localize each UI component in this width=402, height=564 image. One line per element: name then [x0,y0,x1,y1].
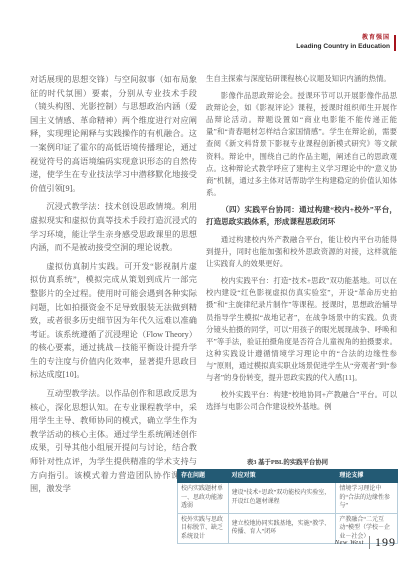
header-tag: 教育强国 Leading Country in Education [296,34,390,51]
header-divider-bar [394,35,396,51]
table-cell: 校外实践与思政目标脱节、缺乏系统设计 [178,513,229,544]
table-header-cell: 理论支撑 [336,470,398,483]
page-footer: New West 199 [335,535,396,550]
journal-page: 教育强国 Leading Country in Education 对话展现的思… [0,0,402,564]
body-paragraph: 校内实践平台：打造“技术+思政”双功能基地。可以在校内建设“红色影视虚拟仿真实验… [206,275,397,384]
right-column: 生自主探索与深度钻研课程核心议题及知识内涵的热情。 影像作品思政辩论会。授课环节… [206,73,397,453]
table-header-cell: 对应对策 [228,470,336,483]
table-cell: 建立校地协同实践基地，实施“教学、传播、育人”闭环 [228,513,336,544]
section-heading: （四）实践平台协同：通过构建“校内+校外”平台，打造思政实践体系，形成课程思政闭… [206,204,397,229]
header-tag-cn: 教育强国 [296,34,390,42]
body-paragraph: 沉浸式教学法：技术创设思政情境。利用虚拟现实和虚拟仿真等技术手段打造沉浸式的学习… [30,200,197,254]
header-tag-en: Leading Country in Education [296,42,390,51]
table-cell: 情境学习理论中的“合法的边缘性参与” [336,483,398,514]
body-paragraph: 校外实践平台：构建“校地协同+产教融合”平台。可以选择与电影公司合作建设校外基地… [206,389,397,413]
body-paragraph: 互动型教学法。以作品创作和思政反思为核心，深化思想认知。在专业课程教学中，采用学… [30,387,197,496]
table-header-row: 存在问题 对应对策 理论支撑 [178,470,398,483]
table-cell: 建设“技术+思政”双功能校内实验室，开设红色题材课程 [228,483,336,514]
body-paragraph: 影像作品思政辩论会。授课环节可以开展影像作品思政辩论会，如《影视评论》课程，授课… [206,90,397,199]
page-number: 199 [375,535,396,550]
table-header-cell: 存在问题 [178,470,229,483]
page-header: 教育强国 Leading Country in Education [296,34,396,51]
table-3-practice-platform: 表3 基于PBL的实践平台协同 存在问题 对应对策 理论支撑 校内实践题材单一、… [177,457,398,544]
journal-name: New West [335,539,364,546]
body-paragraph: 通过构建校内外产教融合平台，能让校内平台功能得到提升，同时也能加强和校外思政资源… [206,234,397,270]
body-paragraph: 对话展现的思想交锋）与空间叙事（如布局象征的时代氛围）要素，分别从专业技术手段（… [30,73,197,195]
table-caption: 表3 基于PBL的实践平台协同 [177,457,398,466]
data-table: 存在问题 对应对策 理论支撑 校内实践题材单一、思政功能渗透弱 建设“技术+思政… [177,469,398,544]
body-paragraph: 虚拟仿真制片实践。可开发“影视制片虚拟仿真系统”，模拟完成从策划到成片一部完整影… [30,260,197,382]
body-paragraph: 生自主探索与深度钻研课程核心议题及知识内涵的热情。 [206,73,397,85]
footer-divider-bar [369,536,370,549]
table-cell: 校内实践题材单一、思政功能渗透弱 [178,483,229,514]
left-column: 对话展现的思想交锋）与空间叙事（如布局象征的时代氛围）要素，分别从专业技术手段（… [30,73,197,527]
table-row: 校内实践题材单一、思政功能渗透弱 建设“技术+思政”双功能校内实验室，开设红色题… [178,483,398,514]
